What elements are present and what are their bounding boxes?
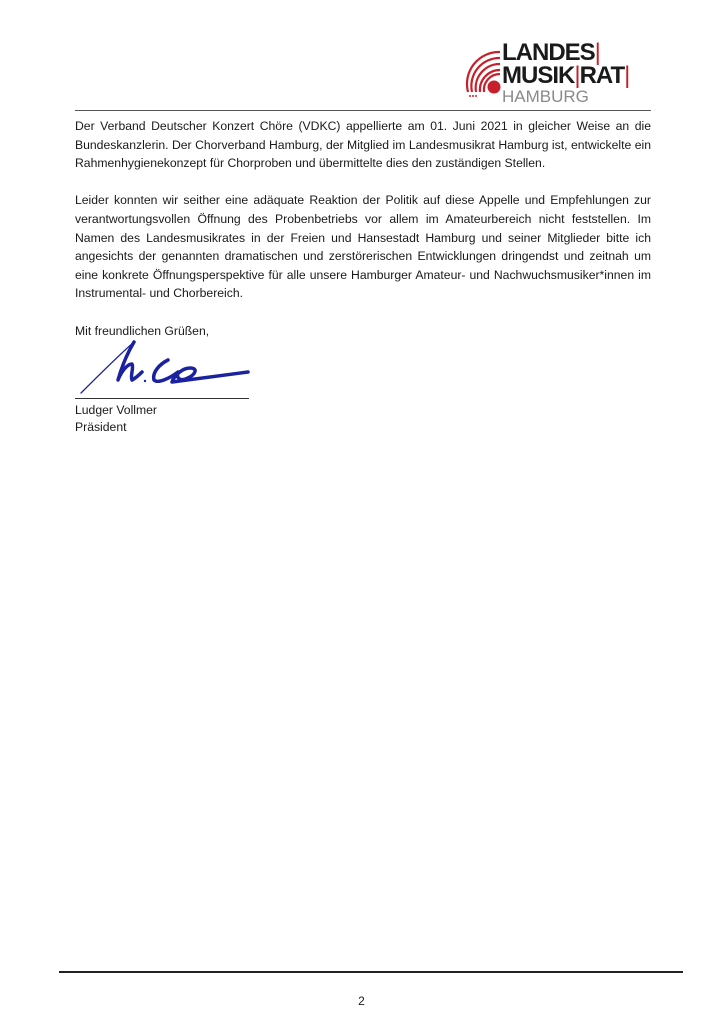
landesmusikrat-logo: LANDES| MUSIK|RAT| HAMBURG — [462, 40, 654, 108]
logo-musik: MUSIK — [502, 62, 574, 89]
page-number: 2 — [0, 994, 723, 1008]
paragraph: Der Verband Deutscher Konzert Chöre (VDK… — [75, 117, 651, 173]
logo-rat: RAT — [580, 62, 625, 89]
paragraph: Leider konnten wir seither eine adäquate… — [75, 191, 651, 303]
sound-waves-icon — [462, 40, 506, 100]
signature-image — [78, 338, 253, 396]
signature-rule — [75, 398, 249, 399]
signer-name: Ludger Vollmer — [75, 402, 157, 419]
signer-block: Ludger Vollmer Präsident — [75, 402, 157, 435]
letter-body: Der Verband Deutscher Konzert Chöre (VDK… — [75, 117, 651, 322]
header-rule — [75, 110, 651, 111]
footer-rule — [59, 971, 683, 973]
logo-separator: | — [624, 62, 629, 89]
signer-title: Präsident — [75, 419, 157, 436]
logo-hamburg: HAMBURG — [502, 88, 589, 105]
